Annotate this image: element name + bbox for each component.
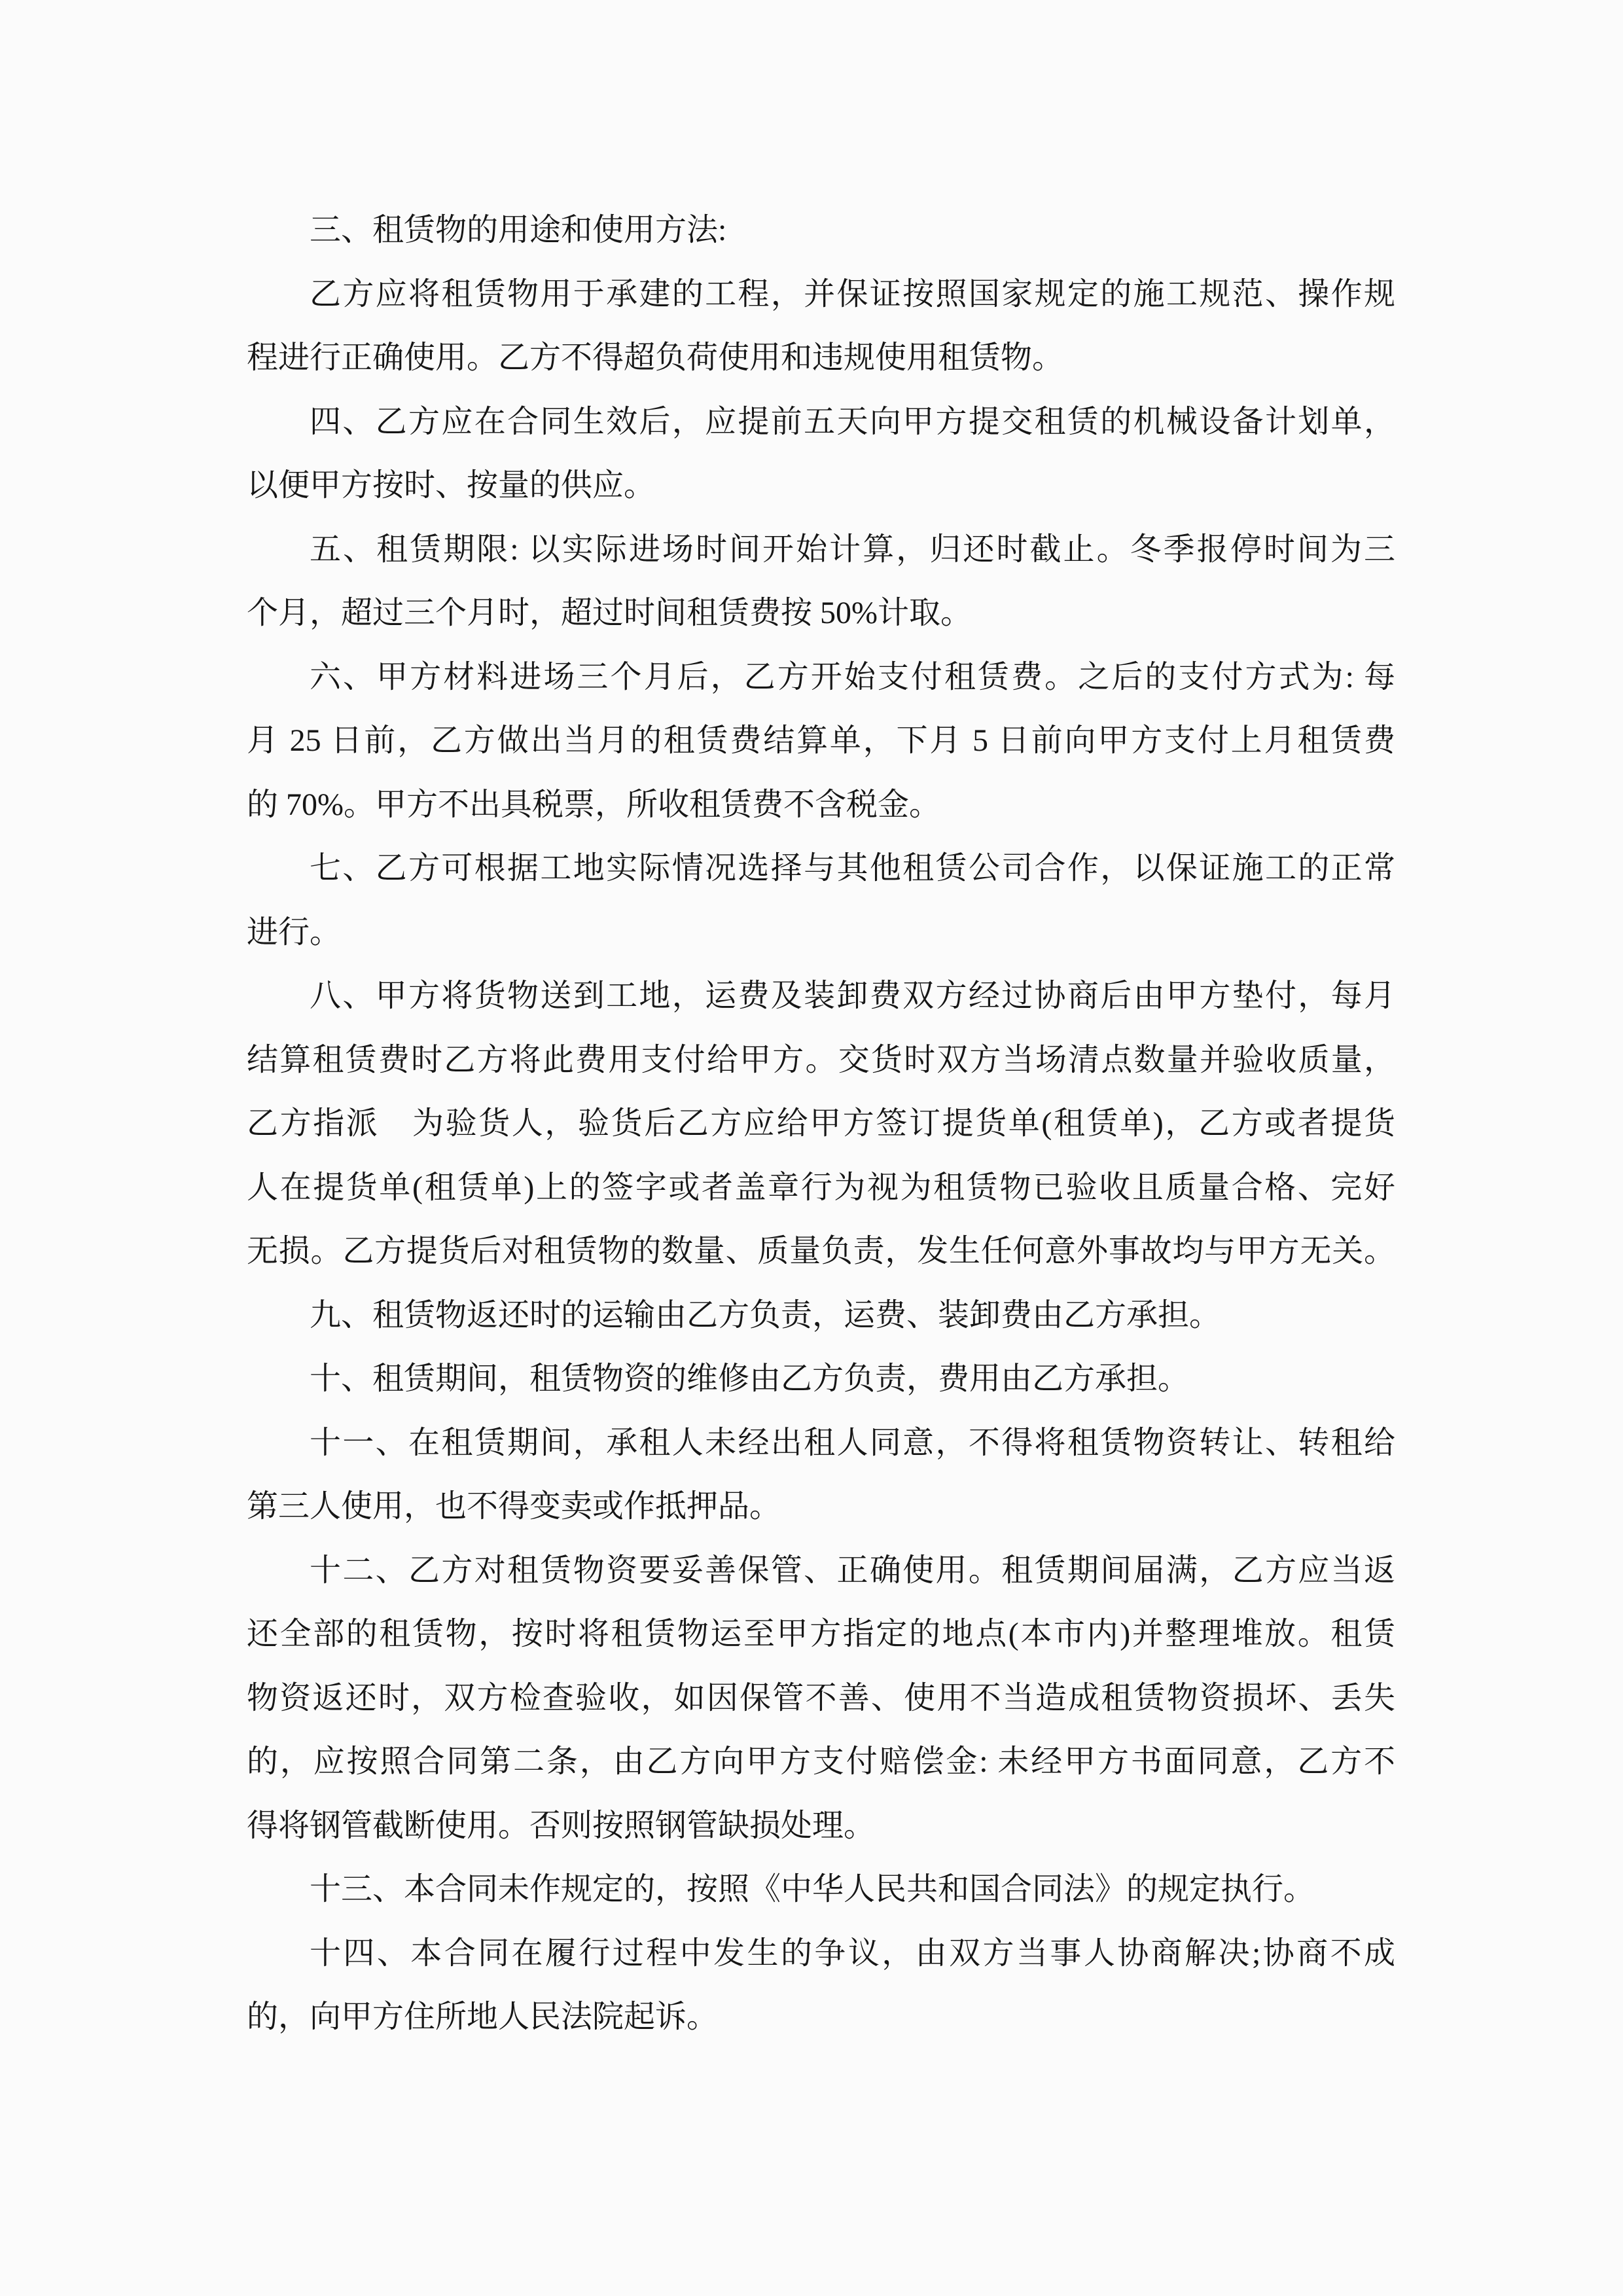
text-line: 乙方指派 为验货人，验货后乙方应给甲方签订提货单(租赁单)，乙方或者提货	[247, 1092, 1395, 1156]
text-line: 物资返还时，双方检查验收，如因保管不善、使用不当造成租赁物资损坏、丢失	[247, 1666, 1395, 1731]
text-line: 乙方应将租赁物用于承建的工程，并保证按照国家规定的施工规范、操作规	[247, 262, 1395, 327]
text-line: 月 25 日前，乙方做出当月的租赁费结算单，下月 5 日前向甲方支付上月租赁费	[247, 709, 1395, 773]
text-line: 还全部的租赁物，按时将租赁物运至甲方指定的地点(本市内)并整理堆放。租赁	[247, 1602, 1395, 1666]
text-line: 无损。乙方提货后对租赁物的数量、质量负责，发生任何意外事故均与甲方无关。	[247, 1219, 1395, 1283]
text-line: 八、甲方将货物送到工地，运费及装卸费双方经过协商后由甲方垫付，每月	[247, 964, 1395, 1028]
text-line: 五、租赁期限: 以实际进场时间开始计算，归还时截止。冬季报停时间为三	[247, 518, 1395, 582]
text-line: 七、乙方可根据工地实际情况选择与其他租赁公司合作，以保证施工的正常	[247, 836, 1395, 901]
text-line: 六、甲方材料进场三个月后，乙方开始支付租赁费。之后的支付方式为: 每	[247, 645, 1395, 709]
text-line: 的 70%。甲方不出具税票，所收租赁费不含税金。	[247, 773, 1395, 837]
text-line: 的，应按照合同第二条，由乙方向甲方支付赔偿金: 未经甲方书面同意，乙方不	[247, 1730, 1395, 1794]
document-page: 三、租赁物的用途和使用方法:乙方应将租赁物用于承建的工程，并保证按照国家规定的施…	[0, 0, 1623, 2296]
text-line: 十一、在租赁期间，承租人未经出租人同意，不得将租赁物资转让、转租给	[247, 1411, 1395, 1475]
text-line: 九、租赁物返还时的运输由乙方负责，运费、装卸费由乙方承担。	[247, 1283, 1395, 1348]
text-line: 第三人使用，也不得变卖或作抵押品。	[247, 1475, 1395, 1539]
text-line: 的，向甲方住所地人民法院起诉。	[247, 1985, 1395, 2049]
text-line: 十二、乙方对租赁物资要妥善保管、正确使用。租赁期间届满，乙方应当返	[247, 1539, 1395, 1603]
text-line: 十、租赁期间，租赁物资的维修由乙方负责，费用由乙方承担。	[247, 1347, 1395, 1411]
text-line: 十三、本合同未作规定的，按照《中华人民共和国合同法》的规定执行。	[247, 1857, 1395, 1922]
text-line: 个月，超过三个月时，超过时间租赁费按 50%计取。	[247, 581, 1395, 645]
text-line: 程进行正确使用。乙方不得超负荷使用和违规使用租赁物。	[247, 326, 1395, 390]
text-line: 进行。	[247, 901, 1395, 965]
text-line: 结算租赁费时乙方将此费用支付给甲方。交货时双方当场清点数量并验收质量，	[247, 1028, 1395, 1092]
text-line: 得将钢管截断使用。否则按照钢管缺损处理。	[247, 1794, 1395, 1858]
text-line: 十四、本合同在履行过程中发生的争议，由双方当事人协商解决;协商不成	[247, 1922, 1395, 1986]
text-line: 人在提货单(租赁单)上的签字或者盖章行为视为租赁物已验收且质量合格、完好	[247, 1156, 1395, 1220]
text-line: 以便甲方按时、按量的供应。	[247, 454, 1395, 518]
document-body: 三、租赁物的用途和使用方法:乙方应将租赁物用于承建的工程，并保证按照国家规定的施…	[247, 198, 1395, 2049]
text-line: 三、租赁物的用途和使用方法:	[247, 198, 1395, 262]
text-line: 四、乙方应在合同生效后，应提前五天向甲方提交租赁的机械设备计划单，	[247, 390, 1395, 454]
